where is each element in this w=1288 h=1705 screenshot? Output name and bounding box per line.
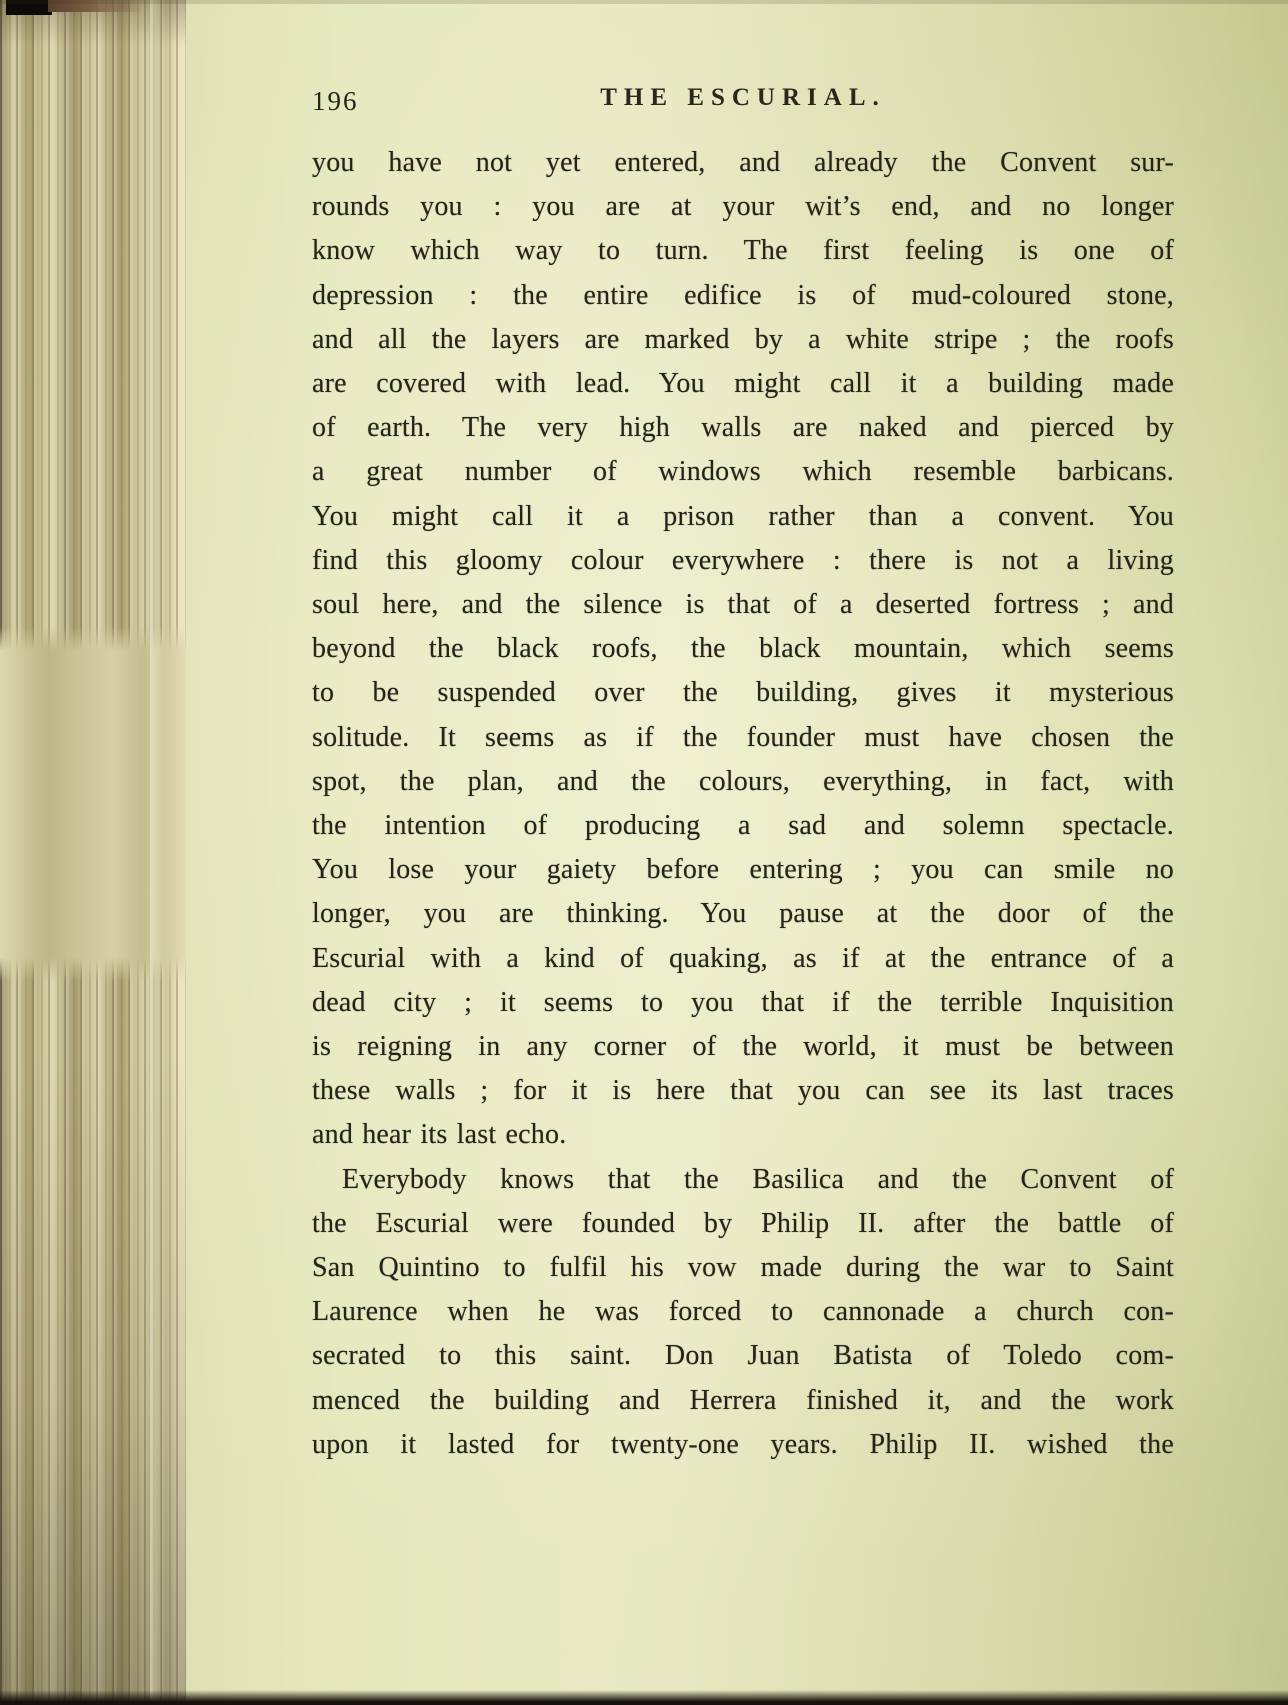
text-line: depression : the entire edifice is of mu… bbox=[312, 274, 1174, 318]
text-line: Everybody knows that the Basilica and th… bbox=[312, 1158, 1174, 1202]
book-fore-edge-stack bbox=[0, 0, 186, 1705]
text-line: and hear its last echo. bbox=[312, 1113, 1174, 1157]
text-line: longer, you are thinking. You pause at t… bbox=[312, 892, 1174, 936]
page-header: 196 THE ESCURIAL. bbox=[312, 84, 1174, 116]
text-line: and all the layers are marked by a white… bbox=[312, 318, 1174, 362]
text-line: soul here, and the silence is that of a … bbox=[312, 583, 1174, 627]
text-line: solitude. It seems as if the founder mus… bbox=[312, 716, 1174, 760]
text-line: upon it lasted for twenty-one years. Phi… bbox=[312, 1423, 1174, 1467]
text-line: you have not yet entered, and already th… bbox=[312, 141, 1174, 185]
text-line: dead city ; it seems to you that if the … bbox=[312, 981, 1174, 1025]
paragraph: Everybody knows that the Basilica and th… bbox=[312, 1158, 1174, 1467]
text-line: the Escurial were founded by Philip II. … bbox=[312, 1202, 1174, 1246]
text-line: know which way to turn. The first feelin… bbox=[312, 229, 1174, 273]
text-line: You lose your gaiety before entering ; y… bbox=[312, 848, 1174, 892]
book-page-scan: 196 THE ESCURIAL. you have not yet enter… bbox=[0, 0, 1288, 1705]
text-line: spot, the plan, and the colours, everyth… bbox=[312, 760, 1174, 804]
text-line: the intention of producing a sad and sol… bbox=[312, 804, 1174, 848]
running-head: THE ESCURIAL. bbox=[312, 84, 1174, 112]
fore-edge-highlight bbox=[150, 0, 164, 1705]
text-line: beyond the black roofs, the black mounta… bbox=[312, 627, 1174, 671]
text-line: You might call it a prison rather than a… bbox=[312, 495, 1174, 539]
bottom-edge-shadow bbox=[0, 1690, 1288, 1705]
top-edge-shadow bbox=[0, 0, 1288, 4]
text-line: of earth. The very high walls are naked … bbox=[312, 406, 1174, 450]
paragraph: you have not yet entered, and already th… bbox=[312, 141, 1174, 1158]
text-line: these walls ; for it is here that you ca… bbox=[312, 1069, 1174, 1113]
text-line: Laurence when he was forced to cannonade… bbox=[312, 1290, 1174, 1334]
text-line: is reigning in any corner of the world, … bbox=[312, 1025, 1174, 1069]
text-line: are covered with lead. You might call it… bbox=[312, 362, 1174, 406]
text-line: Escurial with a kind of quaking, as if a… bbox=[312, 937, 1174, 981]
text-line: secrated to this saint. Don Juan Batista… bbox=[312, 1334, 1174, 1378]
body-text: you have not yet entered, and already th… bbox=[312, 141, 1174, 1467]
text-line: menced the building and Herrera finished… bbox=[312, 1379, 1174, 1423]
text-line: San Quintino to fulfil his vow made duri… bbox=[312, 1246, 1174, 1290]
text-line: a great number of windows which resemble… bbox=[312, 450, 1174, 494]
text-line: find this gloomy colour everywhere : the… bbox=[312, 539, 1174, 583]
text-line: to be suspended over the building, gives… bbox=[312, 671, 1174, 715]
text-line: rounds you : you are at your wit’s end, … bbox=[312, 185, 1174, 229]
